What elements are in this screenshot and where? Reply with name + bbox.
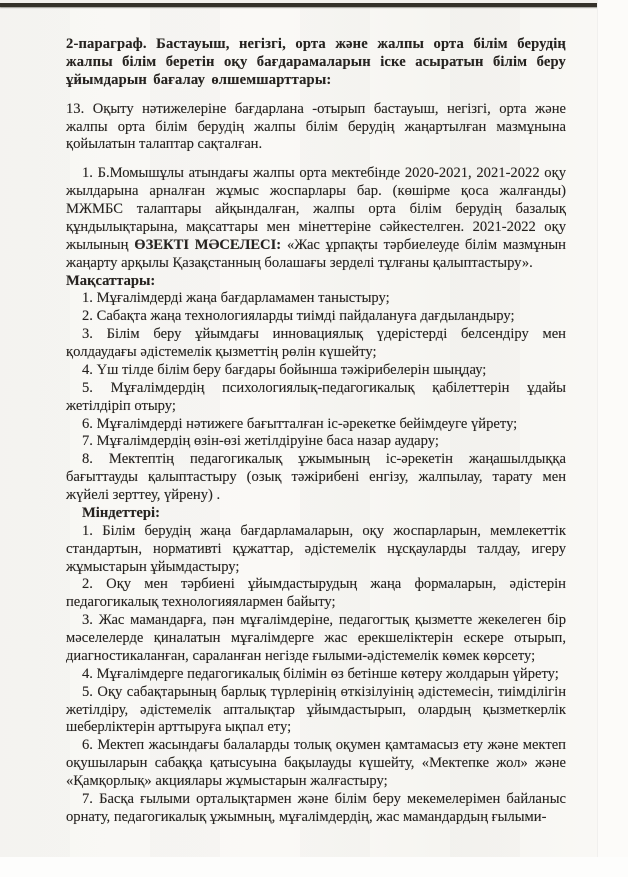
scan-right-margin-band (597, 0, 628, 877)
paragraph-gap (66, 90, 566, 101)
task-item-text: 4. Мұғалімдерге педагогикалық білімін өз… (66, 666, 566, 684)
goal-item-text: 5. Мұғалімдердің психологиялық-педагогик… (66, 380, 566, 416)
goals-list: 1. Мұғалімдерді жаңа бағдарламамен таныс… (66, 290, 566, 505)
list-item: 6. Мектеп жасындағы балаларды толық оқум… (66, 737, 566, 791)
list-item: 1. Мұғалімдерді жаңа бағдарламамен таныс… (66, 290, 566, 308)
paragraph-gap (66, 154, 566, 165)
list-item: 5. Оқу сабақтарының барлық түрлерінің өт… (66, 684, 566, 738)
task-item-text: 7. Басқа ғылыми орталықтармен және білім… (66, 791, 566, 827)
task-item-text: 5. Оқу сабақтарының барлық түрлерінің өт… (66, 684, 566, 738)
task-item-text: 6. Мектеп жасындағы балаларды толық оқум… (66, 737, 566, 791)
task-item-text: 2. Оқу мен тәрбиені ұйымдастырудың жаңа … (66, 576, 566, 612)
scan-top-edge-line (0, 3, 599, 7)
list-item: 6. Мұғалімдерді нәтижеге бағытталған іс-… (66, 416, 566, 434)
tasks-heading: Міндеттері: (66, 505, 566, 523)
goal-item-text: 3. Білім беру ұйымдағы инновациялық үдер… (66, 326, 566, 362)
key-issue-label: ӨЗЕКТІ МӘСЕЛЕСІ: (134, 237, 281, 253)
paragraph-school-plan: 1. Б.Момышұлы атындағы жалпы орта мектеб… (66, 165, 566, 272)
list-item: 4. Үш тілде білім беру бағдары бойынша т… (66, 362, 566, 380)
list-item: 8. Мектептің педагогикалық ұжымының іс-ә… (66, 451, 566, 505)
goal-item-text: 2. Сабақта жаңа технологияларды тиімді п… (66, 308, 566, 326)
list-item: 2. Оқу мен тәрбиені ұйымдастырудың жаңа … (66, 576, 566, 612)
list-item: 7. Басқа ғылыми орталықтармен және білім… (66, 791, 566, 827)
list-item: 3. Білім беру ұйымдағы инновациялық үдер… (66, 326, 566, 362)
paragraph-13: 13. Оқыту нәтижелеріне бағдарлана -отыры… (66, 101, 566, 155)
task-item-text: 3. Жас мамандарға, пән мұғалімдеріне, пе… (66, 612, 566, 666)
goal-item-text: 1. Мұғалімдерді жаңа бағдарламамен таныс… (66, 290, 566, 308)
tasks-list: 1. Білім берудің жаңа бағдарламаларын, о… (66, 523, 566, 827)
list-item: 2. Сабақта жаңа технологияларды тиімді п… (66, 308, 566, 326)
list-item: 1. Білім берудің жаңа бағдарламаларын, о… (66, 523, 566, 577)
list-item: 7. Мұғалімдердің өзін-өзі жетілдіруіне б… (66, 433, 566, 451)
goals-heading: Мақсаттары: (66, 273, 566, 291)
scanned-page: 2-параграф. Бастауыш, негізгі, орта және… (0, 0, 628, 877)
goal-item-text: 7. Мұғалімдердің өзін-өзі жетілдіруіне б… (66, 433, 566, 451)
goal-item-text: 6. Мұғалімдерді нәтижеге бағытталған іс-… (66, 416, 566, 434)
task-item-text: 1. Білім берудің жаңа бағдарламаларын, о… (66, 523, 566, 577)
section-heading: 2-параграф. Бастауыш, негізгі, орта және… (66, 36, 566, 90)
scan-bottom-strip (0, 857, 628, 877)
document-body: 2-параграф. Бастауыш, негізгі, орта және… (66, 36, 566, 827)
list-item: 3. Жас мамандарға, пән мұғалімдеріне, пе… (66, 612, 566, 666)
goal-item-text: 8. Мектептің педагогикалық ұжымының іс-ә… (66, 451, 566, 505)
list-item: 4. Мұғалімдерге педагогикалық білімін өз… (66, 666, 566, 684)
goal-item-text: 4. Үш тілде білім беру бағдары бойынша т… (66, 362, 566, 380)
list-item: 5. Мұғалімдердің психологиялық-педагогик… (66, 380, 566, 416)
